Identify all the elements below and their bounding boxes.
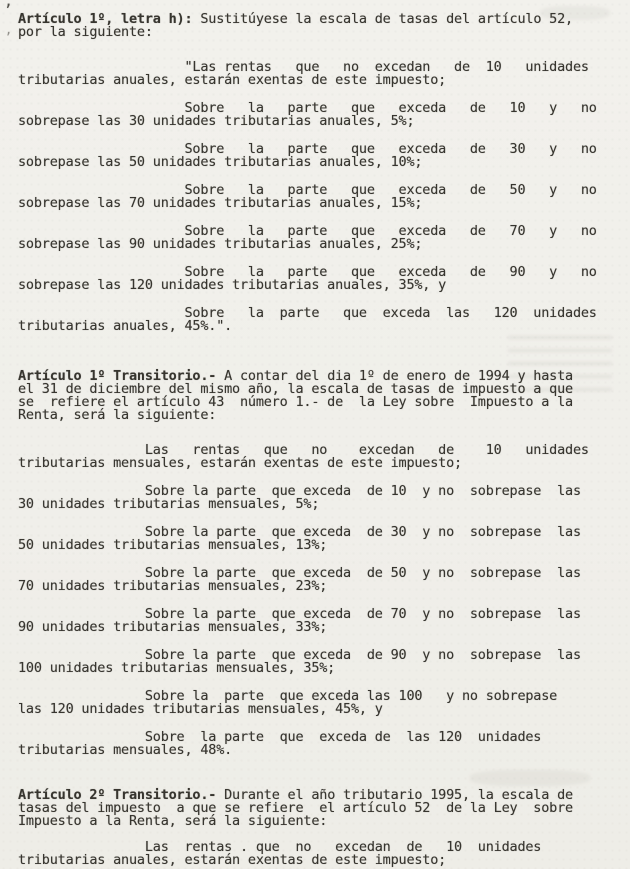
para-bracket-90-120-anuales: Sobre la parte que exceda de 90 y no sob… [18,266,622,292]
text-line: sobrepase las 50 unidades tributarias an… [18,156,622,169]
para-bracket-70-90-mensuales: Sobre la parte que exceda de 70 y no sob… [18,608,622,634]
text-line: sobrepase las 90 unidades tributarias an… [18,238,622,251]
text-line: tributarias anuales, 45%.". [18,320,622,333]
text-line: 50 unidades tributarias mensuales, 13%; [18,539,622,552]
text-line: 70 unidades tributarias mensuales, 23%; [18,580,622,593]
text-line: tributarias mensuales, estarán exentas d… [18,457,622,470]
scan-mark-left-margin: , [5,24,12,37]
text-line: sobrepase las 120 unidades tributarias a… [18,279,622,292]
para-articulo-2-transitorio: Artículo 2º Transitorio.- Durante el año… [18,789,622,828]
text-line: tributarias mensuales, 48%. [18,744,622,757]
para-exempt-mensuales: Las rentas que no excedan de 10 unidades… [18,444,622,470]
para-bracket-70-90-anuales: Sobre la parte que exceda de 70 y no sob… [18,225,622,251]
para-bracket-90-100-mensuales: Sobre la parte que exceda de 90 y no sob… [18,649,622,675]
para-bracket-50-70-mensuales: Sobre la parte que exceda de 50 y no sob… [18,567,622,593]
document-page: , , Artículo 1º, letra h): Sustitúyese l… [0,0,630,869]
para-bracket-over-120-anuales: Sobre la parte que exceda las 120 unidad… [18,307,622,333]
scan-mark-top-left: , [4,0,13,8]
document-body: Artículo 1º, letra h): Sustitúyese la es… [18,13,622,867]
text-line: Renta, será la siguiente: [18,409,622,422]
para-bracket-30-50-mensuales: Sobre la parte que exceda de 30 y no sob… [18,526,622,552]
text-line: sobrepase las 70 unidades tributarias an… [18,197,622,210]
text-line: 30 unidades tributarias mensuales, 5%; [18,498,622,511]
text-line: sobrepase las 30 unidades tributarias an… [18,115,622,128]
para-bracket-30-50-anuales: Sobre la parte que exceda de 30 y no sob… [18,143,622,169]
para-bracket-100-120-mensuales: Sobre la parte que exceda las 100 y no s… [18,690,622,716]
para-exempt-anuales-2: Las rentas . que no excedan de 10 unidad… [18,841,622,867]
para-bracket-over-120-mensuales: Sobre la parte que exceda de las 120 uni… [18,731,622,757]
text-line: las 120 unidades tributarias mensuales, … [18,703,622,716]
text-line: por la siguiente: [18,26,622,39]
text-line: 100 unidades tributarias mensuales, 35%; [18,662,622,675]
text-line: tributarias anuales, estarán exentas de … [18,854,622,867]
text-line: Impuesto a la Renta, será la siguiente: [18,815,622,828]
text-line: 90 unidades tributarias mensuales, 33%; [18,621,622,634]
para-articulo-1-letra-h: Artículo 1º, letra h): Sustitúyese la es… [18,13,622,39]
para-bracket-50-70-anuales: Sobre la parte que exceda de 50 y no sob… [18,184,622,210]
text-run: Sustitúyese la escala de tasas del artíc… [192,11,573,27]
para-bracket-10-30-mensuales: Sobre la parte que exceda de 10 y no sob… [18,485,622,511]
para-exempt-anuales: "Las rentas que no excedan de 10 unidade… [18,61,622,87]
para-articulo-1-transitorio: Artículo 1º Transitorio.- A contar del d… [18,370,622,422]
text-line: tributarias anuales, estarán exentas de … [18,74,622,87]
para-bracket-10-30-anuales: Sobre la parte que exceda de 10 y no sob… [18,102,622,128]
